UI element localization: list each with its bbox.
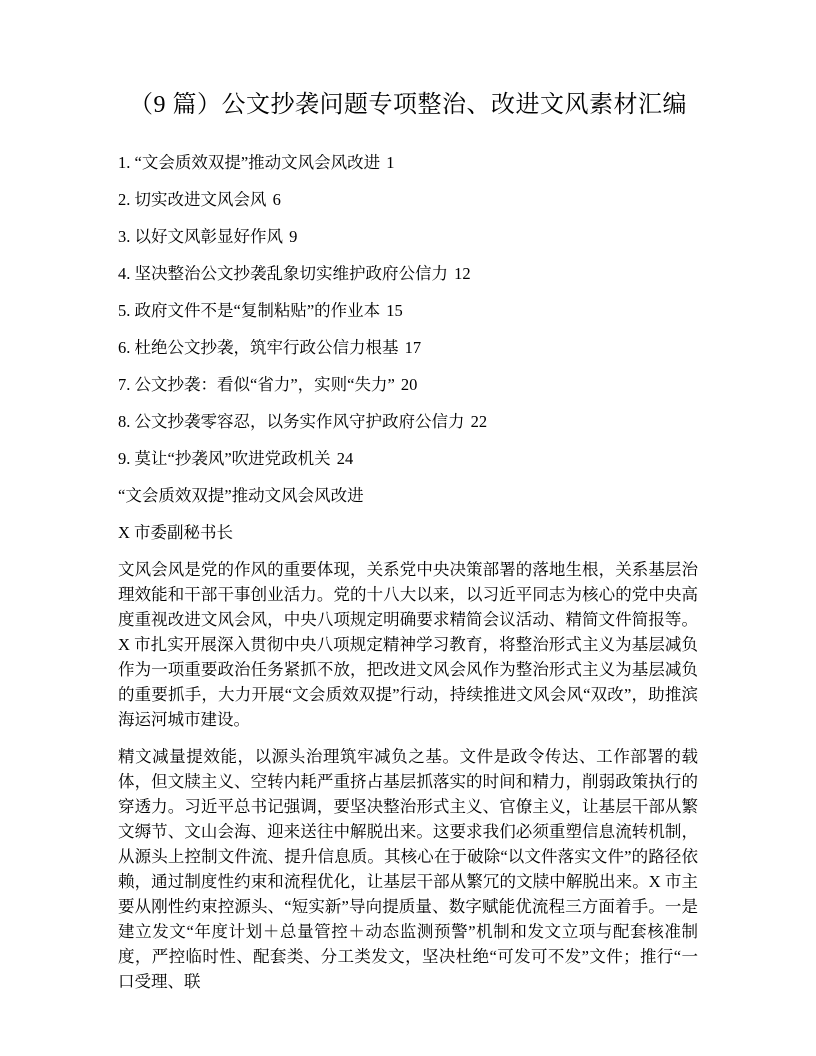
toc-item-page-number: 22 [471,412,488,431]
toc-item: 5. 政府文件不是“复制粘贴”的作业本 15 [118,298,698,323]
toc-item-title: 8. 公文抄袭零容忍，以务实作风守护政府公信力 [118,412,465,431]
toc-item-title: 7. 公文抄袭：看似“省力”，实则“失力” [118,375,395,394]
table-of-contents: 1. “文会质效双提”推动文风会风改进 1 2. 切实改进文风会风 6 3. 以… [118,150,698,471]
toc-item-title: 1. “文会质效双提”推动文风会风改进 [118,153,380,172]
toc-item-page-number: 20 [401,375,418,394]
toc-item-page-number: 12 [454,264,471,283]
toc-item-title: 9. 莫让“抄袭风”吹进党政机关 [118,449,331,468]
document-title: （9 篇）公文抄袭问题专项整治、改进文风素材汇编 [118,88,698,122]
article-paragraph-1: 文风会风是党的作风的重要体现，关系党中央决策部署的落地生根，关系基层治理效能和干… [118,557,698,732]
toc-item-title: 6. 杜绝公文抄袭，筑牢行政公信力根基 [118,338,399,357]
toc-item-page-number: 9 [289,227,297,246]
article-paragraph-2: 精文减量提效能，以源头治理筑牢减负之基。文件是政令传达、工作部署的载体，但文牍主… [118,744,698,994]
toc-item-page-number: 6 [273,190,281,209]
toc-item-title: 2. 切实改进文风会风 [118,190,267,209]
toc-item-title: 4. 坚决整治公文抄袭乱象切实维护政府公信力 [118,264,448,283]
article-byline: X 市委副秘书长 [118,520,698,545]
toc-item: 4. 坚决整治公文抄袭乱象切实维护政府公信力 12 [118,261,698,286]
toc-item: 3. 以好文风彰显好作风 9 [118,224,698,249]
toc-item: 2. 切实改进文风会风 6 [118,187,698,212]
toc-item-page-number: 24 [337,449,354,468]
toc-item: 7. 公文抄袭：看似“省力”，实则“失力” 20 [118,372,698,397]
toc-item-page-number: 1 [386,153,394,172]
toc-item: 9. 莫让“抄袭风”吹进党政机关 24 [118,446,698,471]
toc-item-page-number: 15 [386,301,403,320]
toc-item-title: 3. 以好文风彰显好作风 [118,227,283,246]
toc-item: 6. 杜绝公文抄袭，筑牢行政公信力根基 17 [118,335,698,360]
toc-item: 8. 公文抄袭零容忍，以务实作风守护政府公信力 22 [118,409,698,434]
document-page: （9 篇）公文抄袭问题专项整治、改进文风素材汇编 1. “文会质效双提”推动文风… [0,0,816,1056]
toc-item: 1. “文会质效双提”推动文风会风改进 1 [118,150,698,175]
toc-item-title: 5. 政府文件不是“复制粘贴”的作业本 [118,301,380,320]
toc-item-page-number: 17 [405,338,422,357]
article-heading: “文会质效双提”推动文风会风改进 [118,483,698,508]
